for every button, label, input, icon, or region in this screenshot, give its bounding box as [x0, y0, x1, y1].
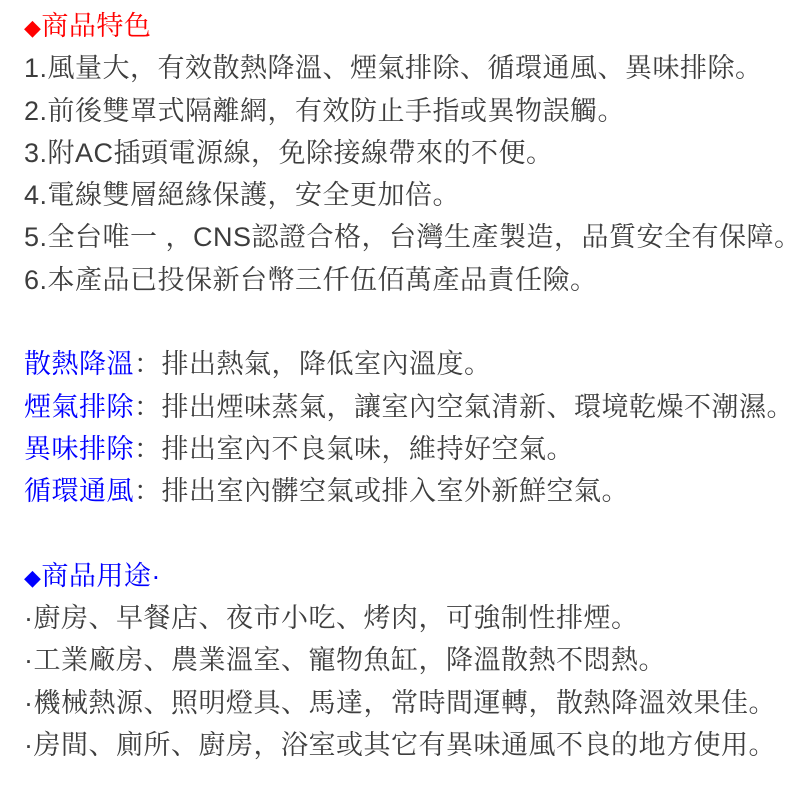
diamond-bullet-icon: ◆: [24, 15, 41, 40]
function-desc-smoke: ：排出煙味蒸氣，讓室內空氣清新、環境乾燥不潮濕。: [134, 392, 794, 422]
feature-item-5: 5.全台唯一 ，CNS認證合格，台灣生產製造，品質安全有保障。: [24, 216, 800, 258]
section-spacer: [24, 513, 800, 555]
usage-heading: ◆商品用途·: [24, 555, 800, 597]
product-description-page: ◆商品特色 1.風量大，有效散熱降溫、煙氣排除、循環通風、異味排除。 2.前後雙…: [0, 0, 800, 788]
feature-item-1: 1.風量大，有效散熱降溫、煙氣排除、循環通風、異味排除。: [24, 47, 800, 89]
function-label-cooling: 散熱降溫: [24, 349, 134, 379]
section-spacer: [24, 301, 800, 343]
function-desc-odor: ：排出室內不良氣味，維持好空氣。: [134, 434, 574, 464]
usage-item-1: ·廚房、早餐店、夜市小吃、烤肉，可強制性排煙。: [24, 597, 800, 639]
function-label-circulation: 循環通風: [24, 476, 134, 506]
function-label-odor: 異味排除: [24, 434, 134, 464]
function-desc-circulation: ：排出室內髒空氣或排入室外新鮮空氣。: [134, 476, 629, 506]
features-heading: ◆商品特色: [24, 5, 800, 47]
features-heading-text: 商品特色: [41, 11, 151, 41]
feature-item-4: 4.電線雙層絕緣保護，安全更加倍。: [24, 174, 800, 216]
usage-item-3: ·機械熱源、照明燈具、馬達，常時間運轉，散熱降溫效果佳。: [24, 682, 800, 724]
usage-heading-text: 商品用途·: [41, 561, 161, 591]
function-item-smoke: 煙氣排除：排出煙味蒸氣，讓室內空氣清新、環境乾燥不潮濕。: [24, 386, 800, 428]
usage-item-2: ·工業廠房、農業溫室、寵物魚缸，降溫散熱不悶熱。: [24, 639, 800, 681]
function-desc-cooling: ：排出熱氣，降低室內溫度。: [134, 349, 492, 379]
function-item-odor: 異味排除：排出室內不良氣味，維持好空氣。: [24, 428, 800, 470]
function-label-smoke: 煙氣排除: [24, 392, 134, 422]
function-item-cooling: 散熱降溫：排出熱氣，降低室內溫度。: [24, 343, 800, 385]
feature-item-2: 2.前後雙罩式隔離網，有效防止手指或異物誤觸。: [24, 90, 800, 132]
feature-item-6: 6.本產品已投保新台幣三仟伍佰萬產品責任險。: [24, 259, 800, 301]
diamond-bullet-icon: ◆: [24, 565, 41, 590]
usage-item-4: ·房間、廁所、廚房，浴室或其它有異味通風不良的地方使用。: [24, 724, 800, 766]
function-item-circulation: 循環通風：排出室內髒空氣或排入室外新鮮空氣。: [24, 470, 800, 512]
feature-item-3: 3.附AC插頭電源線，免除接線帶來的不便。: [24, 132, 800, 174]
